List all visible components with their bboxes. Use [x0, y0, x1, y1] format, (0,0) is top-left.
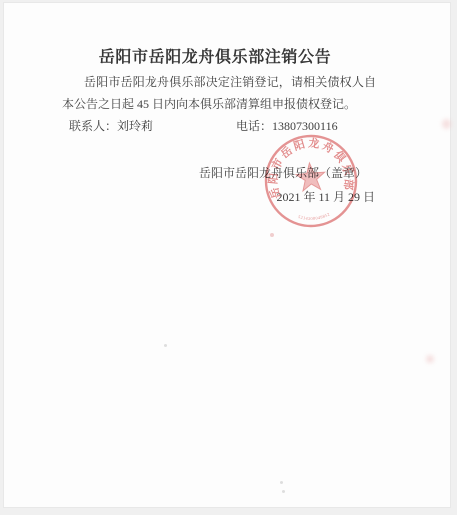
- contact-phone-label: 电话：: [236, 119, 272, 133]
- scan-artifact-speck: [164, 344, 167, 347]
- contact-person-label: 联系人：: [69, 119, 117, 133]
- contact-person: 联系人：刘玲莉: [69, 115, 153, 137]
- scan-artifact-smudge: [442, 119, 451, 129]
- official-seal-stamp: 岳阳市岳阳龙舟俱乐部 5214300049852: [263, 133, 359, 229]
- seal-code-arc: 5214300049852: [297, 211, 331, 222]
- scanned-notice-screenshot: { "document": { "title": "岳阳市岳阳龙舟俱乐部注销公告…: [0, 0, 457, 515]
- seal-group: 岳阳市岳阳龙舟俱乐部 5214300049852: [263, 133, 359, 229]
- document-page: 岳阳市岳阳龙舟俱乐部注销公告 岳阳市岳阳龙舟俱乐部决定注销登记，请相关债权人自本…: [3, 2, 451, 508]
- scan-artifact-speck: [270, 233, 274, 237]
- scan-artifact-speck: [280, 481, 283, 484]
- scan-artifact-smudge: [426, 355, 434, 363]
- notice-body-paragraph: 岳阳市岳阳龙舟俱乐部决定注销登记，请相关债权人自本公告之日起 45 日内向本俱乐…: [62, 71, 376, 115]
- contact-person-name: 刘玲莉: [117, 119, 153, 133]
- contact-phone-number: 13807300116: [272, 119, 338, 133]
- notice-title: 岳阳市岳阳龙舟俱乐部注销公告: [59, 44, 371, 67]
- scan-artifact-speck: [282, 490, 285, 493]
- seal-star-icon: [295, 162, 326, 191]
